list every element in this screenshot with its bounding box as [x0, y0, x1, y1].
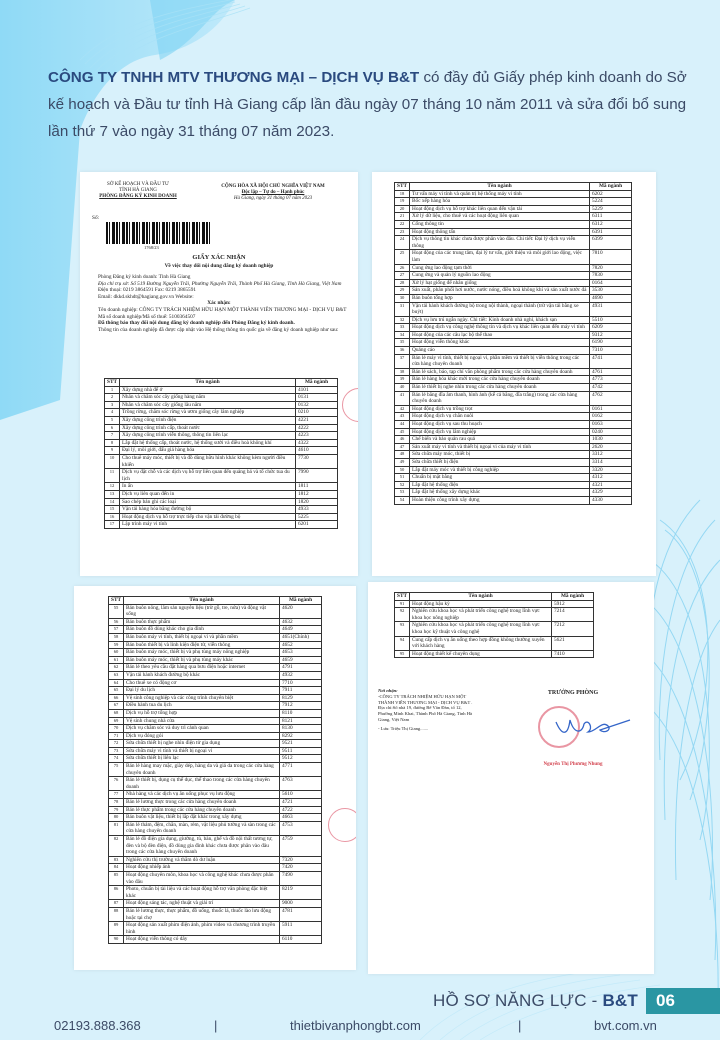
industry-code: 0210 — [296, 409, 338, 417]
company-line: Tên doanh nghiệp: CÔNG TY TRÁCH NHIỆM HỮ… — [88, 307, 350, 314]
industry-code: 1030 — [590, 436, 632, 444]
table-row: 71Dịch vụ đóng gói8292 — [109, 732, 322, 740]
table-row: 33Hoạt động dịch vụ công nghệ thông tin … — [395, 324, 632, 332]
row-number: 64 — [109, 679, 124, 687]
industry-code: 3314 — [590, 458, 632, 466]
footer-brand: B&T — [602, 991, 638, 1010]
industry-name: Bán lẻ hàng hóa khác mới trong các cửa h… — [410, 376, 590, 384]
table-row: 37Bán lẻ máy vi tính, thiết bị ngoại vi,… — [395, 354, 632, 368]
signer-title: TRƯỞNG PHÒNG — [518, 690, 628, 696]
industry-name: Sản xuất, phân phối hơi nước, nước nóng,… — [410, 287, 590, 295]
industry-code: 4659 — [280, 656, 322, 664]
industry-code: 4933 — [296, 506, 338, 514]
industry-code: 8129 — [280, 694, 322, 702]
table-row: 19Bốc xếp hàng hóa5224 — [395, 198, 632, 206]
table-row: 29Sản xuất, phân phối hơi nước, nước nón… — [395, 287, 632, 295]
industry-name: Bán lẻ thực phẩm trong các cửa hàng chuy… — [124, 806, 280, 814]
row-number: 86 — [109, 886, 124, 900]
industry-name: Vận tải hành khách đường bộ trong nội th… — [410, 302, 590, 316]
row-number: 26 — [395, 264, 410, 272]
row-number: 74 — [109, 755, 124, 763]
industry-code: 9511 — [280, 747, 322, 755]
row-number: 28 — [395, 279, 410, 287]
industry-name: Cho thuê xe có động cơ — [124, 679, 280, 687]
row-number: 12 — [105, 483, 120, 491]
row-number: 95 — [395, 650, 410, 658]
industry-code: 0163 — [590, 421, 632, 429]
table-row: 56Bán buôn thực phẩm4632 — [109, 618, 322, 626]
industry-name: Nhân và chăm sóc cây giống hàng năm — [120, 394, 296, 402]
table-row: 86Photo, chuẩn bị tài liệu và các hoạt đ… — [109, 886, 322, 900]
table-row: 78Bán lẻ lương thực trong các cửa hàng c… — [109, 799, 322, 807]
row-number: 62 — [109, 664, 124, 672]
table-row: 13Dịch vụ liên quan đến in1812 — [105, 490, 338, 498]
info-line: Điện thoại: 0219 3864591 Fax: 0219 38655… — [88, 287, 350, 294]
row-number: 46 — [395, 436, 410, 444]
table-row: 24Dịch vụ thông tin khác chưa được phân … — [395, 236, 632, 250]
industry-name: Chuẩn bị mặt bằng — [410, 474, 590, 482]
industry-name: Hoạt động thiết kế chuyên dụng — [410, 650, 552, 658]
industry-code: 7420 — [280, 864, 322, 872]
row-number: 84 — [109, 864, 124, 872]
info-line: Email: dkkd.skhdt@hagiang.gov.vn Website… — [88, 294, 350, 301]
table-row: 53Lắp đặt hệ thống xây dựng khác4329 — [395, 489, 632, 497]
industry-name: Cho thuê máy móc, thiết bị và đồ dùng hữ… — [120, 454, 296, 468]
signature — [552, 714, 632, 740]
table-row: 70Dịch vụ chăm sóc và duy trì cảnh quan8… — [109, 725, 322, 733]
row-number: 16 — [105, 513, 120, 521]
doc-number-label: Số: — [92, 215, 99, 222]
industry-name: Cung ứng lao động tạm thời — [410, 264, 590, 272]
industry-name: Bán lẻ thảm, đệm, chăn, màn, rèm, vật li… — [124, 821, 280, 835]
industry-name: Bán buôn máy móc, thiết bị và phụ tùng m… — [124, 649, 280, 657]
industry-code: 7990 — [296, 469, 338, 483]
row-number: 3 — [105, 401, 120, 409]
industry-code: 4222 — [296, 424, 338, 432]
table-row: 38Bán lẻ sách, báo, tạp chí văn phòng ph… — [395, 368, 632, 376]
industry-code: 5610 — [280, 791, 322, 799]
row-number: 53 — [395, 489, 410, 497]
industry-name: Hoạt động dịch vụ trồng trọt — [410, 405, 590, 413]
signer-name: Nguyễn Thị Phương Nhung — [518, 762, 628, 767]
industry-code: 9512 — [280, 755, 322, 763]
industry-code: 4791 — [280, 664, 322, 672]
notice-text: Thông tin của doanh nghiệp đã được cập n… — [88, 327, 350, 334]
industry-code: 9521 — [280, 740, 322, 748]
industry-name: Hoạt động dịch vụ sau thu hoạch — [410, 421, 590, 429]
row-number: 20 — [395, 205, 410, 213]
column-header: Mã ngành — [590, 183, 632, 191]
doc-date: Hà Giang, ngày 31 tháng 07 năm 2023 — [198, 196, 348, 202]
industry-name: Dịch vụ hỗ trợ tổng hợp — [124, 709, 280, 717]
industry-code: 8219 — [280, 886, 322, 900]
table-row: 67Điều hành tua du lịch7912 — [109, 702, 322, 710]
industry-code: 7710 — [280, 679, 322, 687]
industry-name: Dịch vụ thông tin khác chưa được phân và… — [410, 236, 590, 250]
industry-name: Dịch vụ chăm sóc và duy trì cảnh quan — [124, 725, 280, 733]
table-row: 46Chế biến và bảo quản rau quả1030 — [395, 436, 632, 444]
row-number: 8 — [105, 439, 120, 447]
row-number: 47 — [395, 443, 410, 451]
industry-code: 3312 — [590, 451, 632, 459]
industry-code: 4321 — [590, 481, 632, 489]
industry-name: In ấn — [120, 483, 296, 491]
industry-code: 0132 — [296, 401, 338, 409]
industry-code: 4610 — [296, 447, 338, 455]
industry-name: Bán lẻ lương thực trong các cửa hàng chu… — [124, 799, 280, 807]
table-row: 34Hoạt động của các câu lạc bộ thể thao9… — [395, 331, 632, 339]
row-number: 7 — [105, 432, 120, 440]
table-row: 22Cổng thông tin6312 — [395, 220, 632, 228]
industry-code: 5621 — [552, 636, 594, 650]
table-row: 5Xây dựng công trình điện4221 — [105, 416, 338, 424]
table-row: 61Bán buôn máy móc, thiết bị và phụ tùng… — [109, 656, 322, 664]
row-number: 29 — [395, 287, 410, 295]
industry-name: Bán buôn máy vi tính, thiết bị ngoại vi … — [124, 633, 280, 641]
row-number: 33 — [395, 324, 410, 332]
intro-paragraph: CÔNG TY TNHH MTV THƯƠNG MẠI – DỊCH VỤ B&… — [48, 64, 688, 145]
row-number: 37 — [395, 354, 410, 368]
industry-code: 4762 — [590, 391, 632, 405]
industry-name: Bán lẻ máy vi tính, thiết bị ngoại vi, p… — [410, 354, 590, 368]
table-header-row: STTTên ngànhMã ngành — [105, 379, 338, 387]
row-number: 13 — [105, 490, 120, 498]
row-number: 70 — [109, 725, 124, 733]
industry-name: Chế biến và bảo quản rau quả — [410, 436, 590, 444]
table-row: 20Hoạt động dịch vụ hỗ trợ khác liên qua… — [395, 205, 632, 213]
row-number: 78 — [109, 799, 124, 807]
industry-name: Bán buôn đồ dùng khác cho gia đình — [124, 626, 280, 634]
industry-name: Bán buôn vật liệu, thiết bị lắp đặt khác… — [124, 814, 280, 822]
industry-name: Sửa chữa máy móc, thiết bị — [410, 451, 590, 459]
row-number: 89 — [109, 922, 124, 936]
column-header: STT — [395, 593, 410, 601]
industry-name: Vệ sinh công nghiệp và các công trình ch… — [124, 694, 280, 702]
table-row: 82Bán lẻ đồ điện gia dụng, giường, tủ, b… — [109, 836, 322, 857]
doc-title: GIẤY XÁC NHẬN — [80, 254, 358, 261]
industry-code: 5225 — [296, 513, 338, 521]
industry-code: 9000 — [280, 900, 322, 908]
industry-name: Dịch vụ lưu trú ngắn ngày. Chi tiết: Kin… — [410, 316, 590, 324]
company-name: CÔNG TY TNHH MTV THƯƠNG MẠI – DỊCH VỤ B&… — [48, 69, 419, 86]
row-number: 63 — [109, 671, 124, 679]
row-number: 76 — [109, 777, 124, 791]
row-number: 1 — [105, 386, 120, 394]
row-number: 88 — [109, 907, 124, 921]
column-header: STT — [105, 379, 120, 387]
industry-table-2-wrap: STTTên ngànhMã ngành18Tư vấn máy vi tính… — [394, 182, 632, 505]
registration-office-info: Phòng Đăng ký kinh doanh: Tỉnh Hà Giang … — [88, 274, 350, 333]
industry-code: 6391 — [590, 228, 632, 236]
industry-name: Lắp đặt hệ thống cấp, thoát nước, hệ thố… — [120, 439, 296, 447]
row-number: 49 — [395, 458, 410, 466]
industry-code: 0240 — [590, 428, 632, 436]
website-link-1[interactable]: thietbivanphongbt.com — [290, 1018, 421, 1033]
table-row: 60Bán buôn máy móc, thiết bị và phụ tùng… — [109, 649, 322, 657]
table-row: 35Hoạt động viễn thông khác6190 — [395, 339, 632, 347]
website-link-2[interactable]: bvt.com.vn — [594, 1018, 657, 1033]
industry-code: 4312 — [590, 474, 632, 482]
column-header: Tên ngành — [410, 183, 590, 191]
row-number: 23 — [395, 228, 410, 236]
row-number: 50 — [395, 466, 410, 474]
row-number: 69 — [109, 717, 124, 725]
industry-code: 4759 — [280, 836, 322, 857]
row-number: 36 — [395, 347, 410, 355]
industry-name: Hoạt động dịch vụ hỗ trợ khác liên quan … — [410, 205, 590, 213]
row-number: 32 — [395, 316, 410, 324]
table-row: 3Nhân và chăm sóc cây giống lâu năm0132 — [105, 401, 338, 409]
row-number: 58 — [109, 633, 124, 641]
industry-code: 6110 — [280, 936, 322, 944]
industry-table: STTTên ngànhMã ngành55Bán buôn nông, lâm… — [108, 596, 322, 944]
table-row: 30Bán buôn tổng hợp4690 — [395, 294, 632, 302]
industry-name: Bán buôn tổng hợp — [410, 294, 590, 302]
industry-code: 4649 — [280, 626, 322, 634]
table-row: 48Sửa chữa máy móc, thiết bị3312 — [395, 451, 632, 459]
industry-name: Vệ sinh chung nhà cửa — [124, 717, 280, 725]
row-number: 43 — [395, 413, 410, 421]
license-page-1: SỞ KẾ HOẠCH VÀ ĐẦU TƯ TỈNH HÀ GIANG PHÒN… — [80, 172, 358, 576]
industry-code: 4742 — [590, 384, 632, 392]
row-number: 72 — [109, 740, 124, 748]
row-number: 24 — [395, 236, 410, 250]
industry-name: Hoạt động dịch vụ hỗ trợ trực tiếp cho v… — [120, 513, 296, 521]
industry-name: Xây dựng nhà để ở — [120, 386, 296, 394]
table-row: 87Hoạt động sáng tác, nghệ thuật và giải… — [109, 900, 322, 908]
industry-name: Bán buôn thực phẩm — [124, 618, 280, 626]
license-page-3: STTTên ngànhMã ngành55Bán buôn nông, lâm… — [74, 586, 356, 970]
industry-table-3-wrap: STTTên ngànhMã ngành55Bán buôn nông, lâm… — [108, 596, 322, 944]
industry-name: Cung ứng và quản lý nguồn lao động — [410, 272, 590, 280]
industry-name: Cổng thông tin — [410, 220, 590, 228]
industry-name: Xử lý hạt giống để nhân giống — [410, 279, 590, 287]
industry-name: Vận tải hàng hóa bằng đường bộ — [120, 506, 296, 514]
industry-code: 7320 — [280, 856, 322, 864]
column-header: Mã ngành — [280, 597, 322, 605]
column-header: Mã ngành — [296, 379, 338, 387]
table-row: 4Trồng rừng, chăm sóc rừng và ươm giống … — [105, 409, 338, 417]
barcode-number: 1768/23 — [144, 245, 159, 250]
industry-code: 7310 — [590, 347, 632, 355]
industry-name: Sửa chữa thiết bị điện — [410, 458, 590, 466]
table-row: 77Nhà hàng và các dịch vụ ăn uống phục v… — [109, 791, 322, 799]
table-row: 65Đại lý du lịch7911 — [109, 687, 322, 695]
industry-code: 4329 — [590, 489, 632, 497]
industry-name: Hoàn thiện công trình xây dựng — [410, 496, 590, 504]
row-number: 94 — [395, 636, 410, 650]
industry-name: Trồng rừng, chăm sóc rừng và ươm giống c… — [120, 409, 296, 417]
industry-code: 4653 — [280, 649, 322, 657]
industry-name: Bán lẻ thiết bị nghe nhìn trong các cửa … — [410, 384, 590, 392]
row-number: 30 — [395, 294, 410, 302]
row-number: 75 — [109, 763, 124, 777]
table-row: 43Hoạt động dịch vụ chăn nuôi0162 — [395, 413, 632, 421]
row-number: 40 — [395, 384, 410, 392]
table-row: 73Sửa chữa máy vi tính và thiết bị ngoại… — [109, 747, 322, 755]
industry-code: 6201 — [296, 521, 338, 529]
phone-number[interactable]: 02193.888.368 — [54, 1018, 141, 1033]
industry-code: 7730 — [296, 454, 338, 468]
row-number: 21 — [395, 213, 410, 221]
confirm-label: Xác nhận: — [88, 300, 350, 307]
table-row: 64Cho thuê xe có động cơ7710 — [109, 679, 322, 687]
recipients-text: -CÔNG TY TRÁCH NHIỆM HỮU HẠN MỘT THÀNH V… — [378, 694, 474, 723]
industry-code: 8110 — [280, 709, 322, 717]
industry-code: 7212 — [552, 622, 594, 636]
industry-table-4-wrap: STTTên ngànhMã ngành91Hoạt động hậu kỳ59… — [394, 592, 594, 658]
industry-code: 8121 — [280, 717, 322, 725]
table-row: 93Nghiên cứu khoa học và phát triển công… — [395, 622, 594, 636]
industry-code: 8130 — [280, 725, 322, 733]
industry-name: Lập trình máy vi tính — [120, 521, 296, 529]
page-number: 06 — [646, 988, 720, 1014]
industry-name: Sửa chữa thiết bị nghe nhìn điện tử gia … — [124, 740, 280, 748]
row-number: 73 — [109, 747, 124, 755]
table-row: 9Đại lý, môi giới, đấu giá hàng hóa4610 — [105, 447, 338, 455]
industry-name: Bốc xếp hàng hóa — [410, 198, 590, 206]
industry-name: Xây dựng công trình viễn thông, thông ti… — [120, 432, 296, 440]
table-row: 28Xử lý hạt giống để nhân giống0164 — [395, 279, 632, 287]
industry-name: Hoạt động viễn thông có dây — [124, 936, 280, 944]
table-row: 39Bán lẻ hàng hóa khác mới trong các cửa… — [395, 376, 632, 384]
row-number: 56 — [109, 618, 124, 626]
table-header-row: STTTên ngànhMã ngành — [109, 597, 322, 605]
table-row: 2Nhân và chăm sóc cây giống hàng năm0131 — [105, 394, 338, 402]
industry-name: Nhà hàng và các dịch vụ ăn uống phục vụ … — [124, 791, 280, 799]
industry-name: Lắp đặt hệ thống xây dựng khác — [410, 489, 590, 497]
industry-name: Xây dựng công trình điện — [120, 416, 296, 424]
table-row: 6Xây dựng công trình cấp, thoát nước4222 — [105, 424, 338, 432]
industry-code: 4651(Chính) — [280, 633, 322, 641]
industry-name: Hoạt động chuyên môn, khoa học và công n… — [124, 871, 280, 885]
industry-code: 4773 — [590, 376, 632, 384]
industry-name: Bán lẻ băng đĩa âm thanh, hình ảnh (kể c… — [410, 391, 590, 405]
industry-name: Hoạt động hậu kỳ — [410, 600, 552, 608]
row-number: 17 — [105, 521, 120, 529]
table-row: 50Lắp đặt máy móc và thiết bị công nghiệ… — [395, 466, 632, 474]
industry-name: Bán lẻ hàng may mặc, giày dép, hàng da v… — [124, 763, 280, 777]
table-header-row: STTTên ngànhMã ngành — [395, 593, 594, 601]
industry-code: 4330 — [590, 496, 632, 504]
industry-code: 7810 — [590, 250, 632, 264]
table-row: 31Vận tải hành khách đường bộ trong nội … — [395, 302, 632, 316]
table-row: 15Vận tải hàng hóa bằng đường bộ4933 — [105, 506, 338, 514]
table-row: 47Sản xuất máy vi tính và thiết bị ngoại… — [395, 443, 632, 451]
info-line: Địa chỉ trụ sở: Số 519 Đường Nguyễn Trãi… — [88, 281, 350, 288]
industry-name: Sửa chữa thiết bị liên lạc — [124, 755, 280, 763]
row-number: 83 — [109, 856, 124, 864]
table-row: 83Nghiên cứu thị trường và thăm dò dư lu… — [109, 856, 322, 864]
column-header: STT — [109, 597, 124, 605]
row-number: 19 — [395, 198, 410, 206]
industry-name: Cung cấp dịch vụ ăn uống theo hợp đồng k… — [410, 636, 552, 650]
row-number: 71 — [109, 732, 124, 740]
industry-name: Nghiên cứu khoa học và phát triển công n… — [410, 622, 552, 636]
industry-name: Sản xuất máy vi tính và thiết bị ngoại v… — [410, 443, 590, 451]
row-number: 31 — [395, 302, 410, 316]
table-row: 62Bán lẻ theo yêu cầu đặt hàng qua bưu đ… — [109, 664, 322, 672]
industry-name: Bán lẻ sách, báo, tạp chí văn phòng phẩm… — [410, 368, 590, 376]
industry-code: 4620 — [280, 604, 322, 618]
table-row: 42Hoạt động dịch vụ trồng trọt0161 — [395, 405, 632, 413]
notice-bold: Đã thông báo thay đổi nội dung đăng ký d… — [88, 320, 350, 327]
row-number: 65 — [109, 687, 124, 695]
table-row: 52Lắp đặt hệ thống điện4321 — [395, 481, 632, 489]
table-row: 40Bán lẻ thiết bị nghe nhìn trong các cử… — [395, 384, 632, 392]
row-number: 91 — [395, 600, 410, 608]
industry-name: Dịch vụ liên quan đến in — [120, 490, 296, 498]
industry-code: 4690 — [590, 294, 632, 302]
table-row: 94Cung cấp dịch vụ ăn uống theo hợp đồng… — [395, 636, 594, 650]
row-number: 34 — [395, 331, 410, 339]
industry-name: Hoạt động dịch vụ công nghệ thông tin và… — [410, 324, 590, 332]
table-row: 85Hoạt động chuyên môn, khoa học và công… — [109, 871, 322, 885]
table-row: 68Dịch vụ hỗ trợ tổng hợp8110 — [109, 709, 322, 717]
row-number: 92 — [395, 608, 410, 622]
industry-code: 4722 — [280, 806, 322, 814]
table-row: 41Bán lẻ băng đĩa âm thanh, hình ảnh (kể… — [395, 391, 632, 405]
table-row: 90Hoạt động viễn thông có dây6110 — [109, 936, 322, 944]
industry-code: 4771 — [280, 763, 322, 777]
industry-name: Tư vấn máy vi tính và quản trị hệ thống … — [410, 190, 590, 198]
row-number: 5 — [105, 416, 120, 424]
red-stamp — [328, 808, 356, 842]
industry-name: Bán buôn máy móc, thiết bị và phụ tùng m… — [124, 656, 280, 664]
issuer-line: PHÒNG ĐĂNG KÝ KINH DOANH — [90, 194, 186, 200]
license-page-2: STTTên ngànhMã ngành18Tư vấn máy vi tính… — [372, 172, 656, 576]
table-row: 88Bán lẻ lương thực, thực phẩm, đồ uống,… — [109, 907, 322, 921]
row-number: 81 — [109, 821, 124, 835]
table-row: 66Vệ sinh công nghiệp và các công trình … — [109, 694, 322, 702]
industry-code: 7410 — [552, 650, 594, 658]
industry-code: 5229 — [590, 205, 632, 213]
row-number: 90 — [109, 936, 124, 944]
industry-code: 4753 — [280, 821, 322, 835]
table-row: 49Sửa chữa thiết bị điện3314 — [395, 458, 632, 466]
row-number: 10 — [105, 454, 120, 468]
table-row: 72Sửa chữa thiết bị nghe nhìn điện tử gi… — [109, 740, 322, 748]
industry-name: Lắp đặt hệ thống điện — [410, 481, 590, 489]
industry-code: 4223 — [296, 432, 338, 440]
table-row: 12In ấn1811 — [105, 483, 338, 491]
table-row: 89Hoạt động sản xuất phim điện ảnh, phim… — [109, 922, 322, 936]
row-number: 48 — [395, 451, 410, 459]
industry-code: 6399 — [590, 236, 632, 250]
table-row: 55Bán buôn nông, lâm sản nguyên liệu (tr… — [109, 604, 322, 618]
table-row: 92Nghiên cứu khoa học và phát triển công… — [395, 608, 594, 622]
row-number: 41 — [395, 391, 410, 405]
table-row: 74Sửa chữa thiết bị liên lạc9512 — [109, 755, 322, 763]
industry-code: 4721 — [280, 799, 322, 807]
industry-code: 4931 — [590, 302, 632, 316]
industry-name: Photo, chuẩn bị tài liệu và các hoạt độn… — [124, 886, 280, 900]
industry-name: Hoạt động sản xuất phim điện ảnh, phim v… — [124, 922, 280, 936]
row-number: 39 — [395, 376, 410, 384]
row-number: 61 — [109, 656, 124, 664]
table-row: 44Hoạt động dịch vụ sau thu hoạch0163 — [395, 421, 632, 429]
row-number: 82 — [109, 836, 124, 857]
industry-table: STTTên ngànhMã ngành91Hoạt động hậu kỳ59… — [394, 592, 594, 658]
industry-name: Hoạt động thông tấn — [410, 228, 590, 236]
industry-code: 4632 — [280, 618, 322, 626]
industry-code: 6311 — [590, 213, 632, 221]
industry-code: 7830 — [590, 272, 632, 280]
industry-name: Đại lý, môi giới, đấu giá hàng hóa — [120, 447, 296, 455]
separator: | — [518, 1018, 521, 1033]
row-number: 44 — [395, 421, 410, 429]
row-number: 38 — [395, 368, 410, 376]
